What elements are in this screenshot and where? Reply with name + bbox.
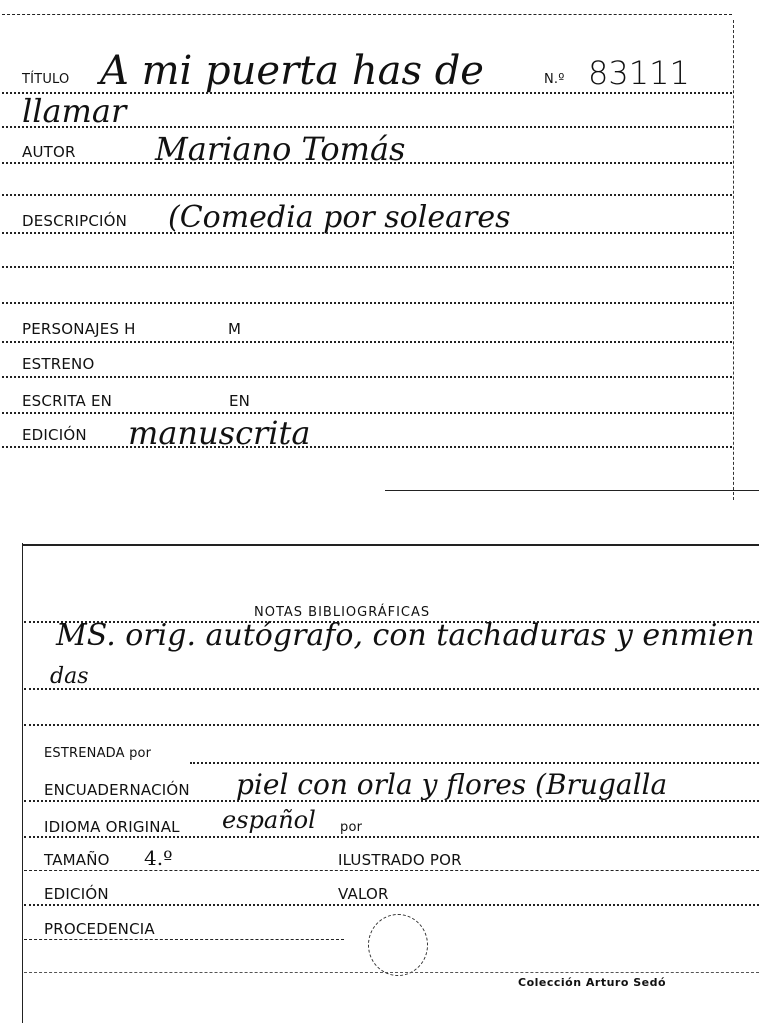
original-language-value: español: [222, 806, 316, 834]
illustrated-by-label: ILUSTRADO POR: [338, 851, 462, 869]
written-in-label: ESCRITA EN: [22, 392, 112, 410]
card-bottom-left-edge: [22, 543, 23, 1023]
collection-footer: Colección Arturo Sedó: [518, 976, 666, 989]
description-value: (Comedia por soleares: [168, 200, 510, 235]
written-in-en-label: EN: [229, 392, 250, 410]
size-label: TAMAÑO: [44, 851, 110, 869]
original-language-label: IDIOMA ORIGINAL: [44, 818, 180, 836]
binding-label: ENCUADERNACIÓN: [44, 781, 190, 799]
premiere-label: ESTRENO: [22, 355, 95, 373]
characters-label: PERSONAJES H: [22, 320, 136, 338]
blank-line-2: [2, 302, 732, 304]
bottom-line: [24, 972, 759, 973]
circular-stamp-icon: [368, 914, 428, 976]
card-top-bottom-edge: [385, 490, 759, 491]
card-top-edge: [2, 14, 732, 15]
characters-m-label: M: [228, 320, 241, 338]
notes-line-3: [24, 724, 759, 726]
por-label: por: [340, 820, 362, 835]
notes-value-line2: das: [50, 664, 89, 689]
size-line: [24, 870, 759, 871]
written-in-line: [2, 412, 732, 414]
notes-line-2: [24, 688, 759, 690]
provenance-label: PROCEDENCIA: [44, 920, 155, 938]
premiered-by-line: [190, 762, 759, 764]
title-value-line1: A mi puerta has de: [100, 48, 484, 94]
title-value-line2: llamar: [22, 92, 126, 130]
card-bottom-top-edge: [22, 544, 759, 546]
size-value: 4.º: [144, 846, 173, 870]
value-label: VALOR: [338, 885, 389, 903]
edition-line: [2, 446, 732, 448]
card-top-right-edge: [733, 20, 734, 500]
binding-line: [24, 800, 759, 802]
number-value: 83111: [588, 54, 690, 92]
author-line-2: [2, 194, 732, 196]
title-label: TÍTULO: [22, 72, 69, 87]
blank-line-1: [2, 266, 732, 268]
provenance-line: [24, 939, 344, 940]
premiered-by-label: ESTRENADA por: [44, 746, 151, 761]
edition-line-bottom: [24, 904, 759, 906]
binding-value: piel con orla y flores (Brugalla: [236, 768, 667, 801]
notes-value-line1: MS. orig. autógrafo, con tachaduras y en…: [56, 618, 755, 653]
characters-line: [2, 341, 732, 343]
edition-label: EDICIÓN: [22, 426, 87, 444]
title-line-2: [2, 126, 732, 128]
description-line: [2, 232, 732, 234]
premiere-line: [2, 376, 732, 378]
author-line: [2, 162, 732, 164]
author-label: AUTOR: [22, 143, 76, 161]
description-label: DESCRIPCIÓN: [22, 212, 127, 230]
number-label: N.º: [544, 72, 565, 87]
bottom-edition-label: EDICIÓN: [44, 885, 109, 903]
original-language-line: [24, 836, 759, 838]
